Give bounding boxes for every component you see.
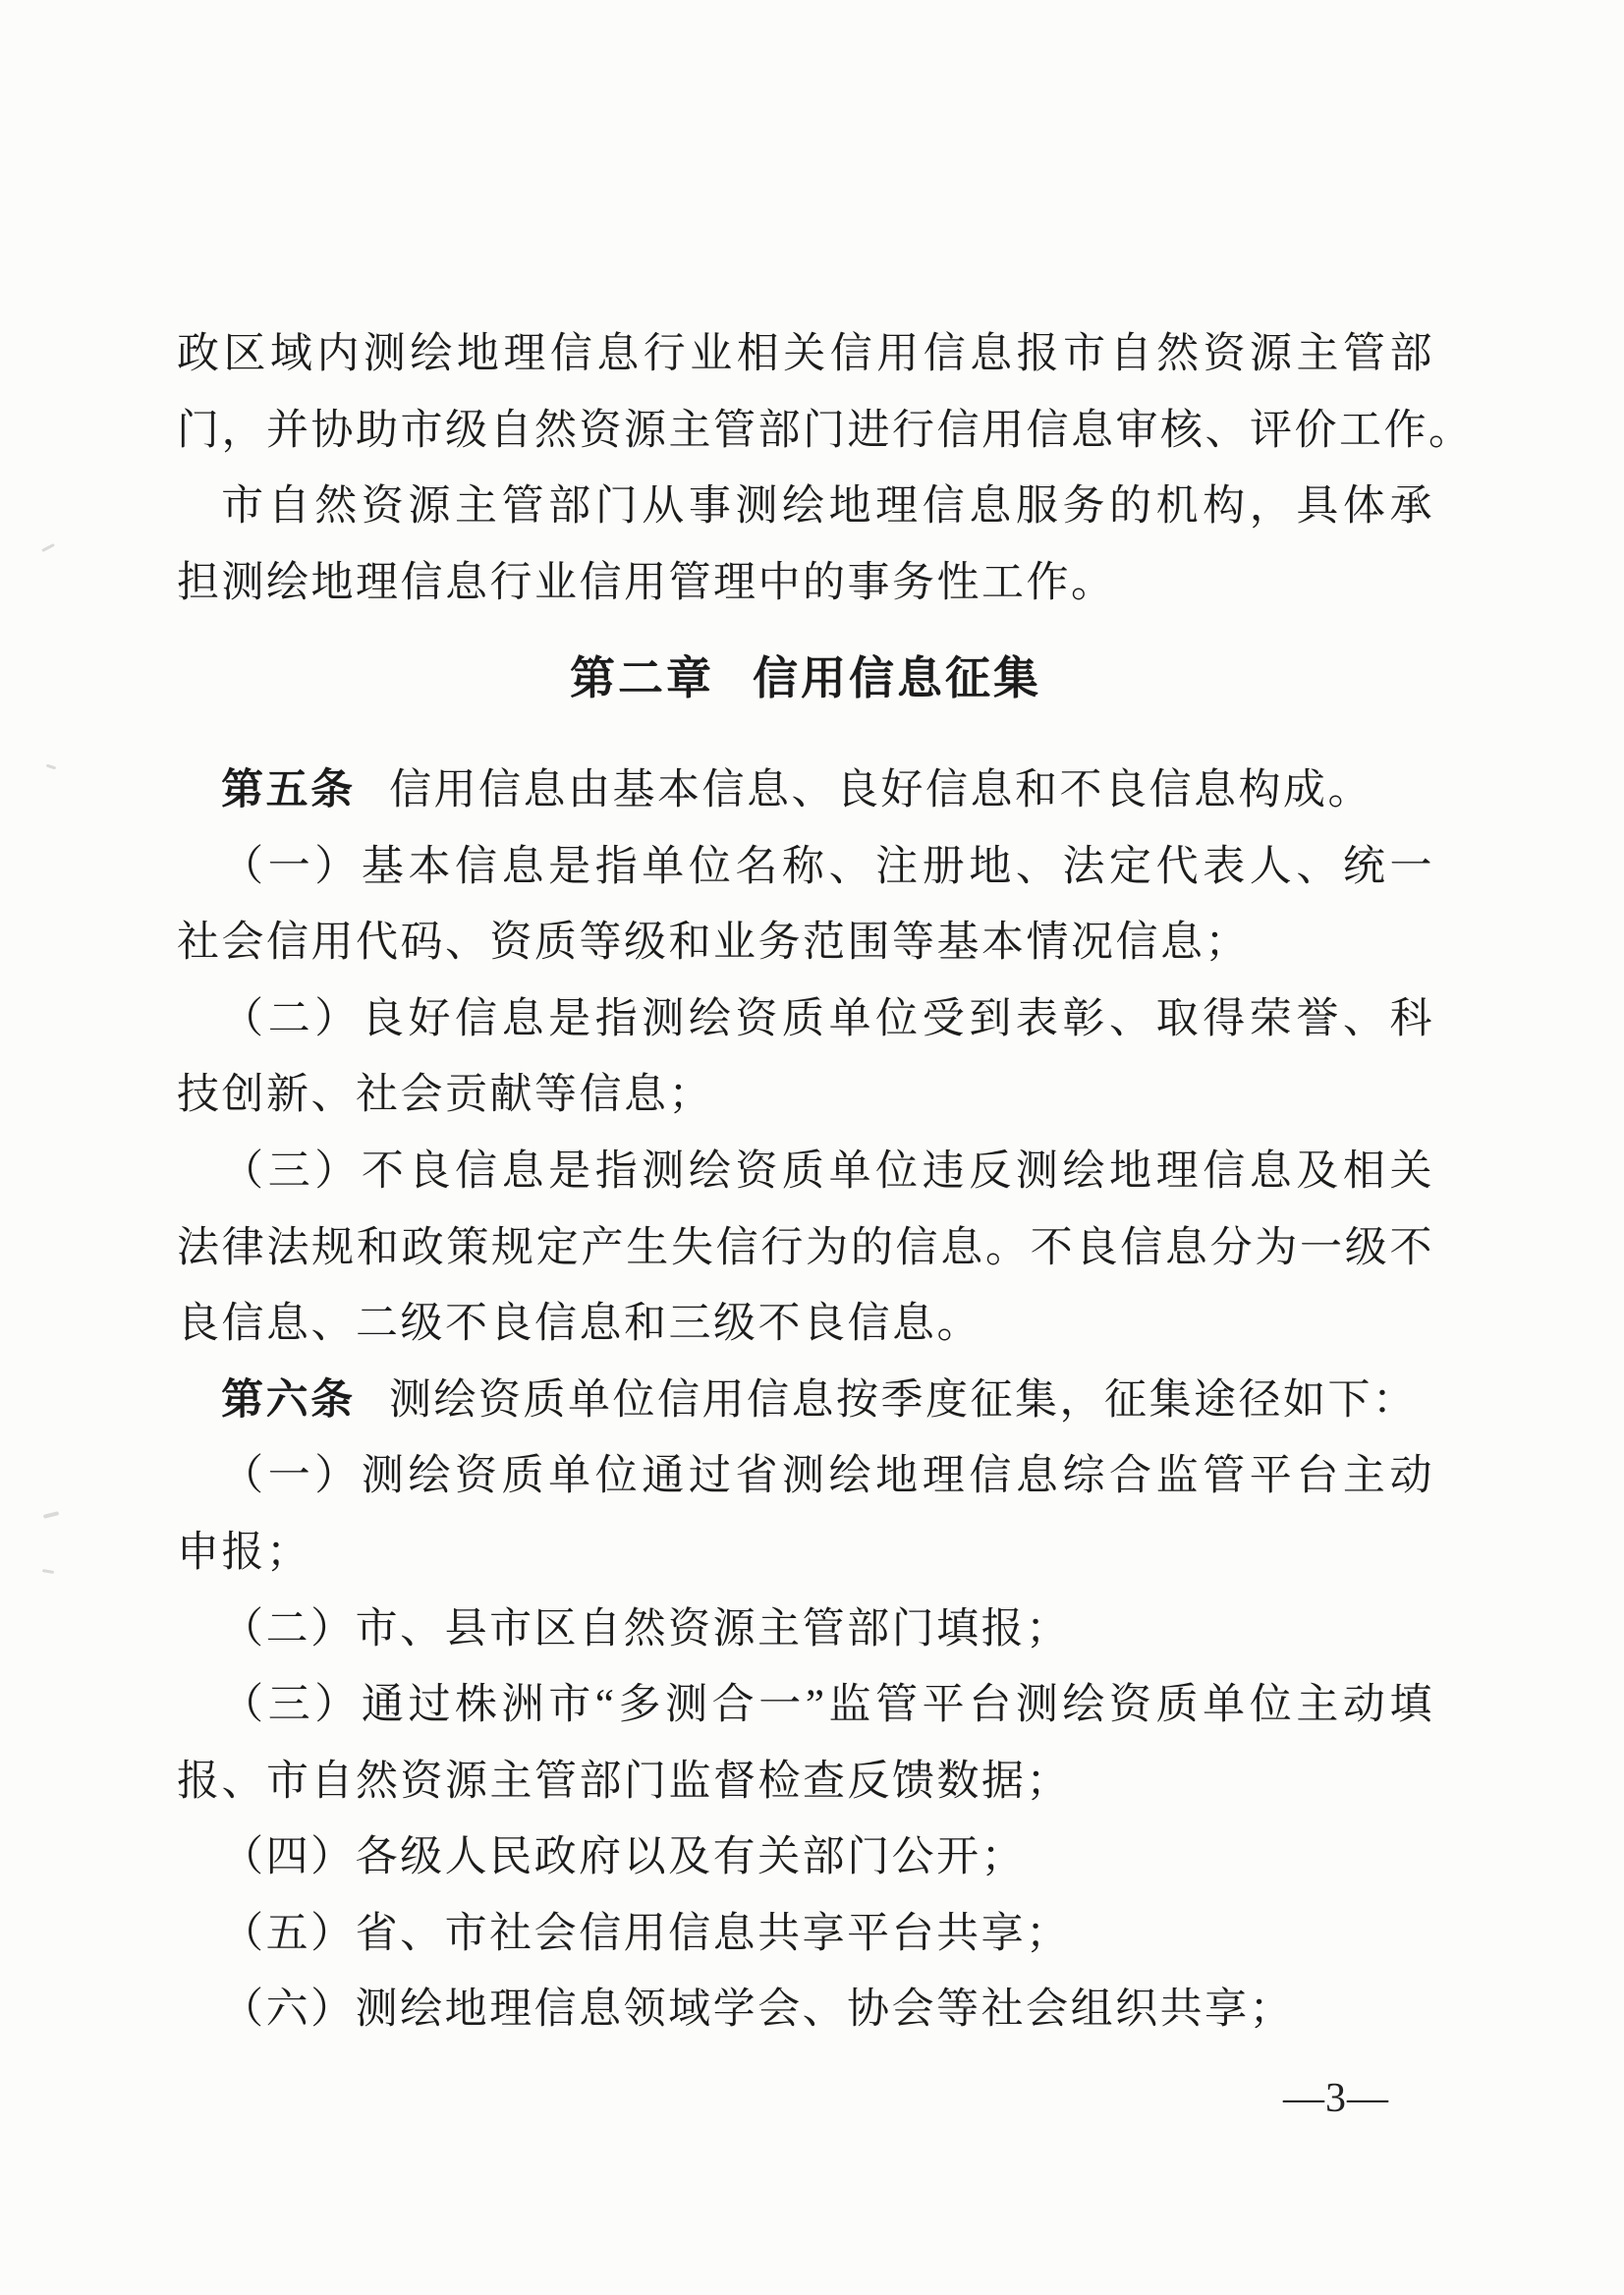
- line-text: 市自然资源主管部门从事测绘地理信息服务的机构，具体承: [221, 483, 1434, 530]
- line-text: 测绘资质单位信用信息按季度征集，征集途径如下：: [389, 1377, 1418, 1424]
- line-text: 信用信息由基本信息、良好信息和不良信息构成。: [389, 767, 1372, 813]
- line-text: 政区域内测绘地理信息行业相关信用信息报市自然资源主管部: [177, 331, 1434, 377]
- chapter-number: 第二章: [570, 652, 714, 703]
- page-number: —3—: [1283, 2075, 1389, 2122]
- text-line: 第六条测绘资质单位信用信息按季度征集，征集途径如下：: [177, 1363, 1434, 1439]
- line-text: （一）基本信息是指单位名称、注册地、法定代表人、统一: [221, 844, 1434, 890]
- line-text: 申报；: [177, 1530, 311, 1576]
- line-text: 担测绘地理信息行业信用管理中的事务性工作。: [177, 560, 1116, 606]
- text-line: 良信息、二级不良信息和三级不良信息。: [177, 1286, 1434, 1363]
- text-line: （五）省、市社会信用信息共享平台共享；: [177, 1896, 1434, 1973]
- article-label: 第六条: [221, 1376, 356, 1424]
- text-line: （六）测绘地理信息领域学会、协会等社会组织共享；: [177, 1972, 1434, 2048]
- text-line: 法律法规和政策规定产生失信行为的信息。不良信息分为一级不: [177, 1210, 1434, 1287]
- text-line: （三）通过株洲市“多测合一”监管平台测绘资质单位主动填: [177, 1667, 1434, 1744]
- scan-mark: [43, 1511, 59, 1519]
- scan-mark: [41, 543, 55, 552]
- text-line: （一）基本信息是指单位名称、注册地、法定代表人、统一: [177, 829, 1434, 906]
- line-text: 报、市自然资源主管部门监督检查反馈数据；: [177, 1759, 1071, 1805]
- text-line: 申报；: [177, 1515, 1434, 1592]
- line-text: （四）各级人民政府以及有关部门公开；: [221, 1834, 1026, 1880]
- scan-mark: [46, 764, 56, 770]
- text-line: 担测绘地理信息行业信用管理中的事务性工作。: [177, 545, 1434, 622]
- article-label: 第五条: [221, 766, 356, 813]
- line-text: 门，并协助市级自然资源主管部门进行信用信息审核、评价工作。: [177, 408, 1474, 454]
- text-line: （三）不良信息是指测绘资质单位违反测绘地理信息及相关: [177, 1134, 1434, 1210]
- text-line: （二）良好信息是指测绘资质单位受到表彰、取得荣誉、科: [177, 981, 1434, 1058]
- line-text: （六）测绘地理信息领域学会、协会等社会组织共享；: [221, 1987, 1294, 2033]
- text-line: （二）市、县市区自然资源主管部门填报；: [177, 1592, 1434, 1668]
- text-line: 社会信用代码、资质等级和业务范围等基本情况信息；: [177, 905, 1434, 981]
- text-line: 门，并协助市级自然资源主管部门进行信用信息审核、评价工作。: [177, 393, 1434, 470]
- line-text: 良信息、二级不良信息和三级不良信息。: [177, 1301, 981, 1347]
- line-text: （二）市、县市区自然资源主管部门填报；: [221, 1606, 1071, 1652]
- text-line: 技创新、社会贡献等信息；: [177, 1057, 1434, 1134]
- line-text: （三）通过株洲市“多测合一”监管平台测绘资质单位主动填: [221, 1682, 1434, 1728]
- line-text: （二）良好信息是指测绘资质单位受到表彰、取得荣誉、科: [221, 996, 1434, 1042]
- line-text: 社会信用代码、资质等级和业务范围等基本情况信息；: [177, 920, 1250, 966]
- line-text: （三）不良信息是指测绘资质单位违反测绘地理信息及相关: [221, 1148, 1434, 1195]
- text-line: 报、市自然资源主管部门监督检查反馈数据；: [177, 1744, 1434, 1820]
- text-line: 第五条信用信息由基本信息、良好信息和不良信息构成。: [177, 753, 1434, 829]
- line-text: 法律法规和政策规定产生失信行为的信息。不良信息分为一级不: [177, 1225, 1434, 1271]
- chapter-heading: 第二章信用信息征集: [177, 641, 1434, 717]
- chapter-title: 信用信息征集: [753, 652, 1041, 703]
- line-text: （五）省、市社会信用信息共享平台共享；: [221, 1911, 1071, 1957]
- text-line: 市自然资源主管部门从事测绘地理信息服务的机构，具体承: [177, 469, 1434, 545]
- text-line: （四）各级人民政府以及有关部门公开；: [177, 1819, 1434, 1896]
- line-text: （一）测绘资质单位通过省测绘地理信息综合监管平台主动: [221, 1453, 1434, 1499]
- line-text: 技创新、社会贡献等信息；: [177, 1072, 713, 1118]
- text-line: 政区域内测绘地理信息行业相关信用信息报市自然资源主管部: [177, 316, 1434, 393]
- text-line: （一）测绘资质单位通过省测绘地理信息综合监管平台主动: [177, 1438, 1434, 1515]
- document-page: 政区域内测绘地理信息行业相关信用信息报市自然资源主管部门，并协助市级自然资源主管…: [0, 0, 1624, 2295]
- scan-mark: [42, 1569, 54, 1574]
- document-body: 政区域内测绘地理信息行业相关信用信息报市自然资源主管部门，并协助市级自然资源主管…: [177, 316, 1434, 2048]
